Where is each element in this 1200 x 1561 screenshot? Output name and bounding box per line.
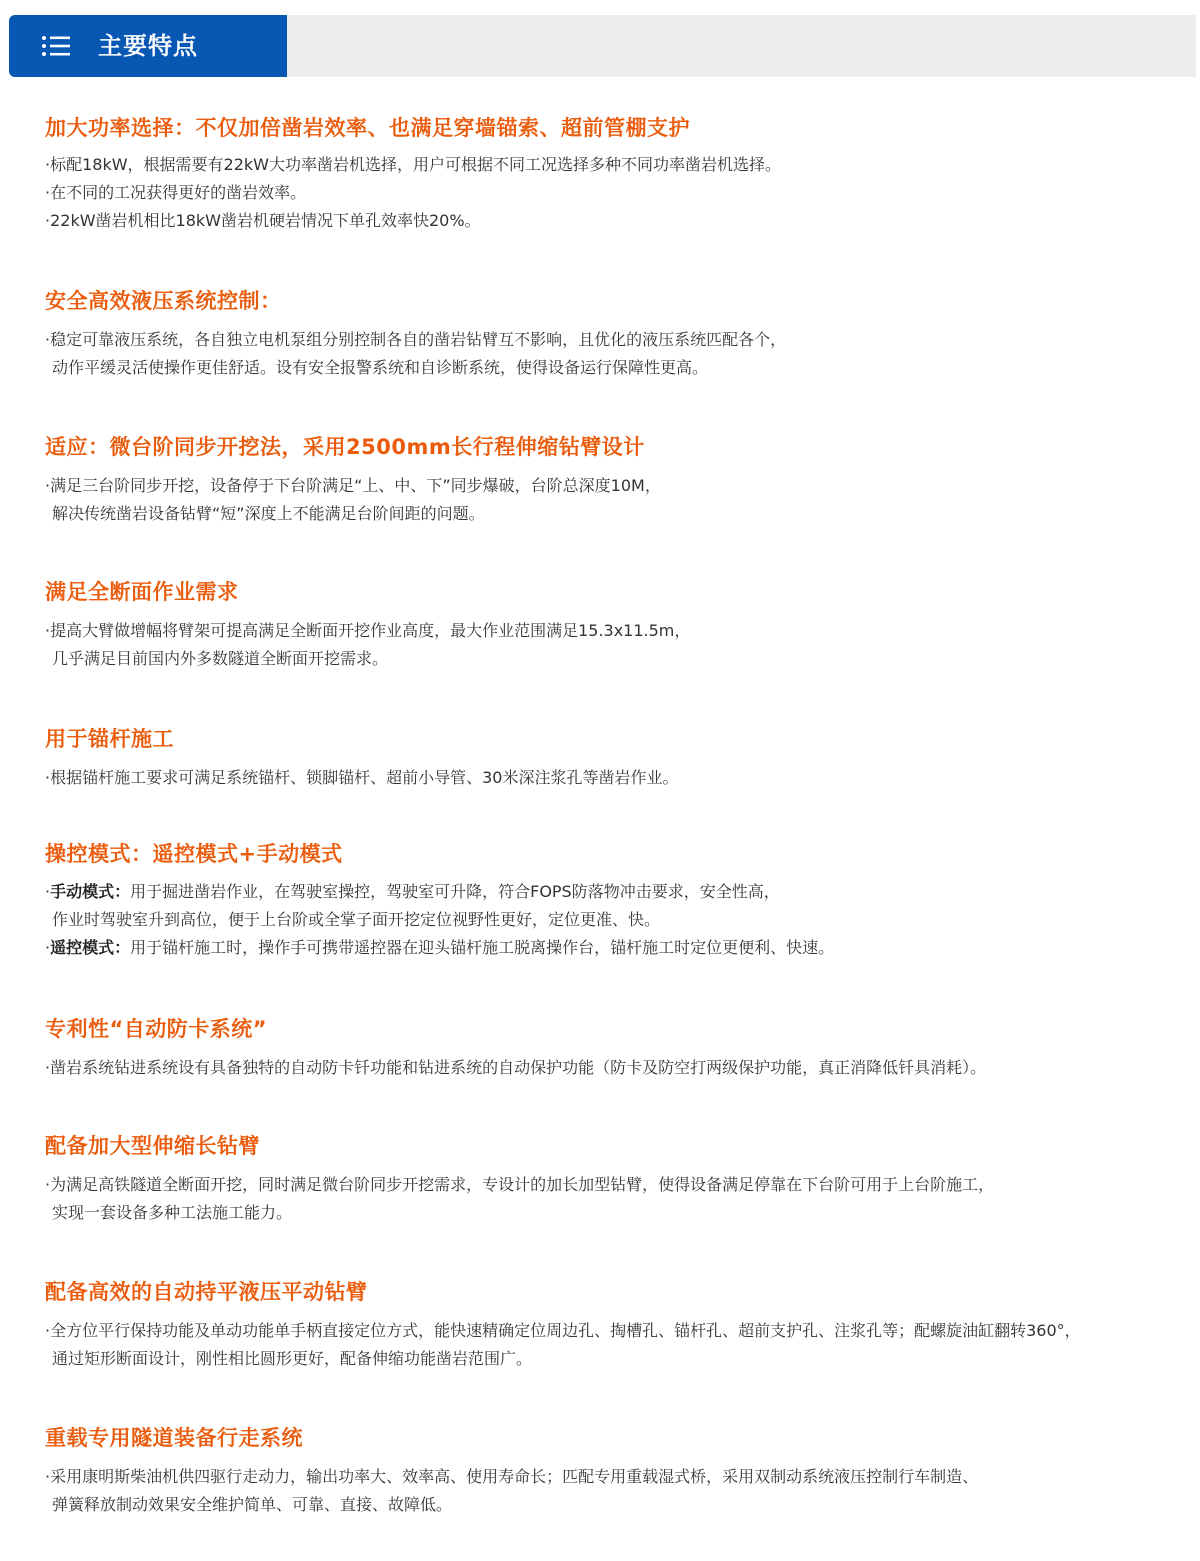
section-heading: 专利性“自动防卡系统” [45,1014,986,1044]
bullet-line: ·凿岩系统钻进系统设有具备独特的自动防卡钎功能和钻进系统的自动保护功能（防卡及防… [45,1054,986,1082]
section-header-bar: 主要特点 [9,15,1196,77]
feature-section-bolting: 用于锚杆施工 ·根据锚杆施工要求可满足系统锚杆、锁脚锚杆、超前小导管、30米深注… [45,724,678,792]
bullet-line: ·标配18kW，根据需要有22kW大功率凿岩机选择，用户可根据不同工况选择多种不… [45,151,781,179]
feature-section-power: 加大功率选择：不仅加倍凿岩效率、也满足穿墙锚索、超前管棚支护 ·标配18kW，根… [45,113,781,235]
bullet-line: ·根据锚杆施工要求可满足系统锚杆、锁脚锚杆、超前小导管、30米深注浆孔等凿岩作业… [45,764,678,792]
section-heading: 配备加大型伸缩长钻臂 [45,1131,994,1161]
section-heading: 满足全断面作业需求 [45,577,690,607]
feature-section-drive-system: 重载专用隧道装备行走系统 ·采用康明斯柴油机供四驱行走动力，输出功率大、效率高、… [45,1423,978,1519]
remote-mode-text: 用于锚杆施工时，操作手可携带遥控器在迎头锚杆施工脱离操作台，锚杆施工时定位更便利… [130,938,834,957]
feature-section-long-boom: 配备加大型伸缩长钻臂 ·为满足高铁隧道全断面开挖，同时满足微台阶同步开挖需求，专… [45,1131,994,1227]
feature-section-anti-jam: 专利性“自动防卡系统” ·凿岩系统钻进系统设有具备独特的自动防卡钎功能和钻进系统… [45,1014,986,1082]
bullet-line: ·在不同的工况获得更好的凿岩效率。 [45,179,781,207]
list-icon [41,35,71,57]
bullet-line: ·为满足高铁隧道全断面开挖，同时满足微台阶同步开挖需求，专设计的加长加型钻臂，使… [45,1171,994,1199]
section-header-tab: 主要特点 [9,15,287,77]
bullet-line-continued: 动作平缓灵活使操作更佳舒适。设有安全报警系统和自诊断系统，使得设备运行保障性更高… [45,354,786,382]
bullet-line-manual-mode: ·手动模式：用于掘进凿岩作业，在驾驶室操控，驾驶室可升降，符合FOPS防落物冲击… [45,878,834,906]
bullet-line-continued: 实现一套设备多种工法施工能力。 [45,1199,994,1227]
section-heading: 重载专用隧道装备行走系统 [45,1423,978,1453]
bullet-line-remote-mode: ·遥控模式：用于锚杆施工时，操作手可携带遥控器在迎头锚杆施工脱离操作台，锚杆施工… [45,934,834,962]
remote-mode-label: 遥控模式： [50,938,130,957]
page-title: 主要特点 [98,29,198,63]
feature-section-control-modes: 操控模式：遥控模式+手动模式 ·手动模式：用于掘进凿岩作业，在驾驶室操控，驾驶室… [45,839,834,962]
feature-section-full-face: 满足全断面作业需求 ·提高大臂做增幅将臂架可提高满足全断面开挖作业高度，最大作业… [45,577,690,673]
feature-section-auto-level-boom: 配备高效的自动持平液压平动钻臂 ·全方位平行保持功能及单动功能单手柄直接定位方式… [45,1277,1081,1373]
section-heading: 安全高效液压系统控制： [45,286,786,316]
section-heading: 适应：微台阶同步开挖法，采用2500mm长行程伸缩钻臂设计 [45,432,661,462]
feature-section-bench: 适应：微台阶同步开挖法，采用2500mm长行程伸缩钻臂设计 ·满足三台阶同步开挖… [45,432,661,528]
bullet-line: ·稳定可靠液压系统，各自独立电机泵组分别控制各自的凿岩钻臂互不影响，且优化的液压… [45,326,786,354]
bullet-line: ·22kW凿岩机相比18kW凿岩机硬岩情况下单孔效率快20%。 [45,207,781,235]
manual-mode-label: 手动模式： [50,882,130,901]
bullet-line-continued: 几乎满足目前国内外多数隧道全断面开挖需求。 [45,645,690,673]
bullet-line-continued: 作业时驾驶室升到高位，便于上台阶或全掌子面开挖定位视野性更好，定位更准、快。 [45,906,834,934]
bullet-line-continued: 通过矩形断面设计，刚性相比圆形更好，配备伸缩功能凿岩范围广。 [45,1345,1081,1373]
section-heading: 加大功率选择：不仅加倍凿岩效率、也满足穿墙锚索、超前管棚支护 [45,113,781,143]
bullet-line-continued: 弹簧释放制动效果安全维护简单、可靠、直接、故障低。 [45,1491,978,1519]
bullet-line: ·提高大臂做增幅将臂架可提高满足全断面开挖作业高度，最大作业范围满足15.3x1… [45,617,690,645]
section-heading: 配备高效的自动持平液压平动钻臂 [45,1277,1081,1307]
bullet-line: ·采用康明斯柴油机供四驱行走动力，输出功率大、效率高、使用寿命长；匹配专用重载湿… [45,1463,978,1491]
feature-section-hydraulic: 安全高效液压系统控制： ·稳定可靠液压系统，各自独立电机泵组分别控制各自的凿岩钻… [45,286,786,382]
bullet-line: ·满足三台阶同步开挖，设备停于下台阶满足“上、中、下”同步爆破，台阶总深度10M… [45,472,661,500]
section-heading: 用于锚杆施工 [45,724,678,754]
bullet-line-continued: 解决传统凿岩设备钻臂“短”深度上不能满足台阶间距的问题。 [45,500,661,528]
section-heading: 操控模式：遥控模式+手动模式 [45,839,834,869]
manual-mode-text: 用于掘进凿岩作业，在驾驶室操控，驾驶室可升降，符合FOPS防落物冲击要求，安全性… [130,882,780,901]
bullet-line: ·全方位平行保持功能及单动功能单手柄直接定位方式，能快速精确定位周边孔、掏槽孔、… [45,1317,1081,1345]
